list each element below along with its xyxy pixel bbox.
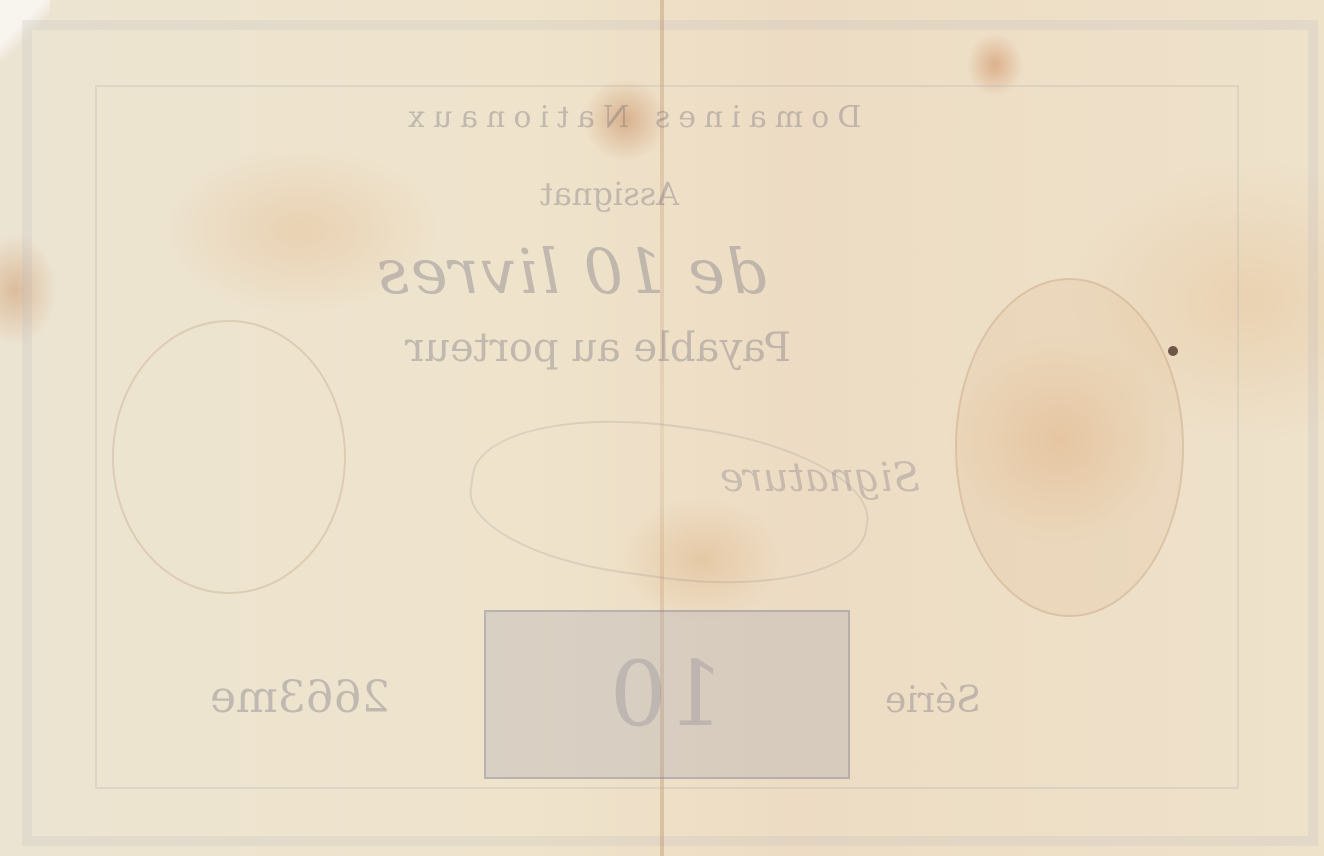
banknote-reverse: Domaines Nationaux Assignat de 10 livres… (0, 0, 1324, 856)
stamp-value: 10 (486, 642, 848, 747)
show-through-heading: Domaines Nationaux (400, 100, 861, 135)
show-through-series-label: Série (885, 680, 981, 721)
show-through-assignat: Assignat (540, 175, 679, 213)
show-through-value: de 10 livres (375, 235, 767, 308)
right-medallion-watermark (955, 278, 1184, 617)
show-through-payable: Payable au porteur (405, 325, 791, 371)
show-through-signature: Signature (720, 455, 920, 501)
show-through-series-number: 2663me (210, 672, 390, 723)
left-medallion-watermark (112, 320, 346, 594)
small-hole (1168, 346, 1178, 356)
dry-stamp-block: 10 (484, 610, 850, 779)
